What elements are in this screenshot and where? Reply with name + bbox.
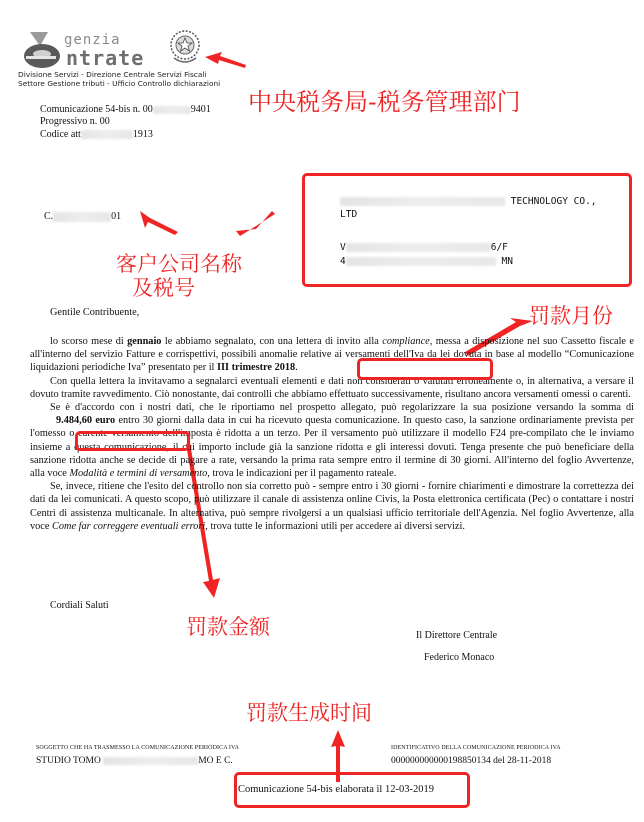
italian-emblem-icon [168, 28, 202, 66]
annotation-penalty-amount: 罚款金额 [186, 611, 270, 641]
comunicazione-number: Comunicazione 54-bis n. 009401 [40, 104, 211, 116]
recipient-company-line: TECHNOLOGY CO., [340, 196, 597, 208]
recipient-company-suffix: LTD [340, 209, 357, 221]
elaborated-date: Comunicazione 54-bis elaborata il 12-03-… [238, 784, 434, 795]
codice-atto: Codice att1913 [40, 129, 153, 141]
communication-id-label: IDENTIFICATIVO DELLA COMUNICAZIONE PERIO… [391, 745, 561, 751]
redacted-block [81, 130, 133, 139]
logo-e-icon [22, 32, 66, 68]
recipient-highlight-box [302, 173, 632, 287]
redacted-block [53, 212, 111, 222]
annotation-tax-office: 中央税务局-税务管理部门 [248, 82, 521, 117]
redacted-block [346, 257, 496, 266]
penalty-month-text: gennaio [127, 336, 161, 347]
redacted-block [346, 243, 491, 252]
agency-division-line: Divisione Servizi - Direzione Centrale S… [18, 70, 207, 79]
transmitter-label: SOGGETTO CHE HA TRASMESSO LA COMUNICAZIO… [36, 745, 239, 751]
progressivo-number: Progressivo n. 00 [40, 116, 110, 128]
logo-text-ntrate: ntrate [66, 46, 144, 70]
agency-office-line: Settore Gestione tributi - Ufficio Contr… [18, 79, 220, 88]
redacted-block [340, 197, 505, 206]
annotation-penalty-date: 罚款生成时间 [246, 697, 372, 727]
signer-title: Il Direttore Centrale [416, 630, 497, 641]
penalty-amount-text: 9.484,60 euro [30, 415, 115, 426]
transmitter-value: STUDIO TOMO MO E C. [36, 756, 233, 766]
paragraph-2: Con quella lettera la invitavamo a segna… [30, 375, 634, 401]
penalty-period-text: III trimestre 2018 [217, 362, 295, 373]
annotation-client-name: 客户公司名称 及税号 [116, 252, 242, 300]
paragraph-4: Se, invece, ritiene che l'esito del cont… [30, 480, 634, 533]
communication-id-value: 000000000000198850134 del 28-11-2018 [391, 756, 551, 766]
recipient-city-line: 4 MN [340, 256, 513, 268]
period-highlight-box [357, 358, 493, 380]
signer-name: Federico Monaco [424, 652, 494, 663]
redacted-block [103, 757, 198, 765]
codice-fiscale: C.01 [44, 211, 121, 223]
closing: Cordiali Saluti [50, 600, 109, 611]
redacted-block [153, 106, 191, 114]
amount-highlight-box [75, 431, 190, 451]
paragraph-1: lo scorso mese di gennaio le abbiamo seg… [30, 335, 634, 375]
greeting: Gentile Contribuente, [30, 306, 634, 319]
recipient-address-line: V6/F [340, 242, 508, 254]
